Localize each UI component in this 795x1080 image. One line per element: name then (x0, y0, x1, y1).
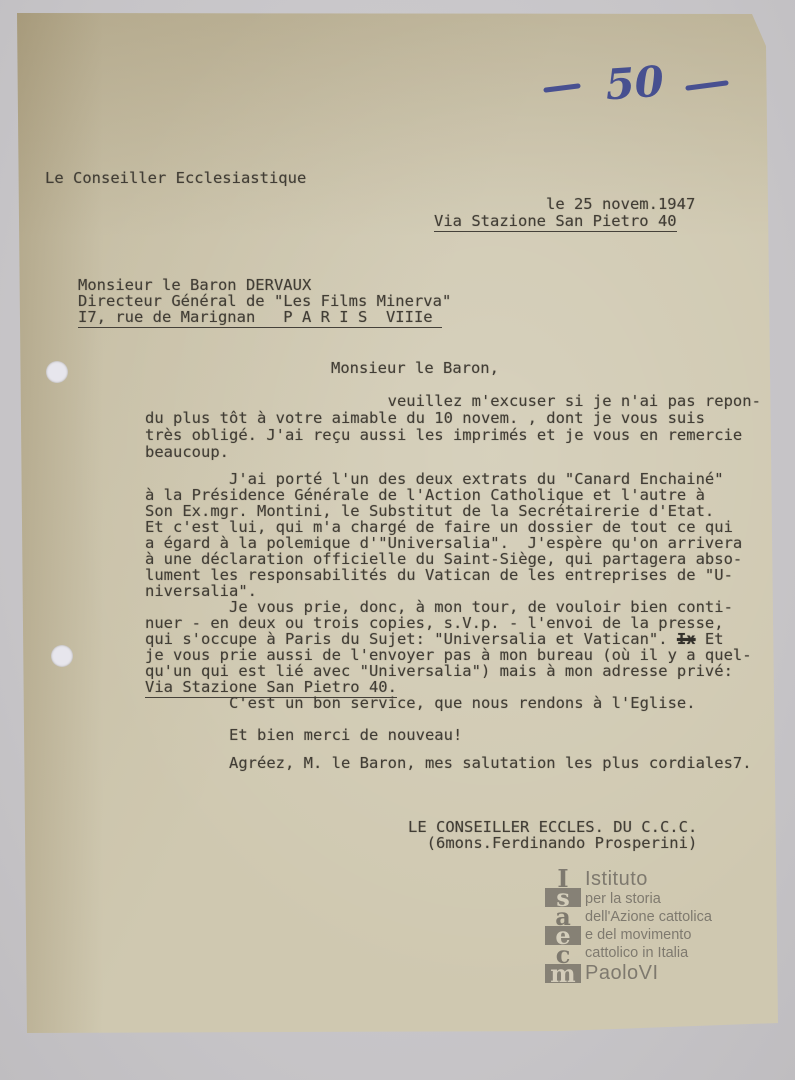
recipient-address-block: Monsieur le Baron DERVAUXDirecteur Génér… (78, 277, 451, 325)
date-address-block: le 25 novem.1947Via Stazione San Pietro … (434, 196, 695, 230)
handwritten-page-number: 50 (538, 52, 738, 116)
typewritten-line: niversalia". (145, 583, 742, 599)
typewritten-line: Via Stazione San Pietro 40. (145, 679, 752, 695)
typewritten-line: J'ai porté l'un des deux extrats du "Can… (145, 471, 742, 487)
stamp-line-istituto: Istituto (585, 869, 763, 889)
logo-letter-m: m (545, 964, 581, 983)
typewritten-line: je vous prie aussi de l'envoyer pas à mo… (145, 647, 752, 663)
closing-line: Agréez, M. le Baron, mes salutation les … (229, 755, 752, 772)
stamp-line-5: cattolico in Italia (585, 945, 763, 961)
stamp-line-2: per la storia (585, 891, 763, 907)
typewritten-line: (6mons.Ferdinando Prosperini) (408, 835, 697, 851)
paragraph-2: J'ai porté l'un des deux extrats du "Can… (145, 471, 742, 599)
typewritten-line: lument les responsabilités du Vatican de… (145, 567, 742, 583)
right-dash (688, 83, 726, 88)
stamp-line-paolovi: PaoloVI (585, 963, 763, 983)
punch-hole-top (46, 361, 68, 383)
scanned-letter-photo: { "annotation": { "number": "50" }, "let… (0, 0, 795, 1080)
archive-stamp: I s a e c m Istituto per la storia dell'… (545, 869, 763, 983)
stamp-line-4: e del movimento (585, 927, 763, 943)
typewritten-line: Directeur Général de "Les Films Minerva" (78, 293, 451, 309)
left-dash (546, 86, 578, 90)
page-number-text: 50 (604, 57, 666, 110)
typewritten-line: très obligé. J'ai reçu aussi les imprimé… (145, 427, 761, 444)
typewritten-line: du plus tôt à votre aimable du 10 novem.… (145, 410, 761, 427)
paragraph-3: Je vous prie, donc, à mon tour, de voulo… (145, 599, 752, 711)
typewritten-line: LE CONSEILLER ECCLES. DU C.C.C. (408, 819, 697, 835)
thanks-line: Et bien merci de nouveau! (229, 727, 462, 744)
typewritten-line: Via Stazione San Pietro 40 (434, 213, 695, 230)
paragraph-1: veuillez m'excuser si je n'ai pas repon-… (145, 393, 761, 461)
typewritten-line: qui s'occupe à Paris du Sujet: "Universa… (145, 631, 752, 647)
typewritten-line: C'est un bon service, que nous rendons à… (145, 695, 752, 711)
isacem-logo: I s a e c m (545, 869, 581, 983)
sender-title: Le Conseiller Ecclesiastique (45, 170, 306, 187)
typewritten-line: a égard à la polemique d'"Universalia". … (145, 535, 742, 551)
salutation: Monsieur le Baron, (331, 360, 499, 377)
typewritten-line: Et c'est lui, qui m'a chargé de faire un… (145, 519, 742, 535)
typewritten-line: Monsieur le Baron DERVAUX (78, 277, 451, 293)
typewritten-line: Son Ex.mgr. Montini, le Substitut de la … (145, 503, 742, 519)
typewritten-line: qu'un qui est lié avec "Universalia") ma… (145, 663, 752, 679)
punch-hole-bottom (51, 645, 73, 667)
typewritten-line: I7, rue de Marignan P A R I S VIIIe (78, 309, 451, 325)
typewritten-line: veuillez m'excuser si je n'ai pas repon- (145, 393, 761, 410)
typewritten-line: nuer - en deux ou trois copies, s.V.p. -… (145, 615, 752, 631)
typewritten-line: à une déclaration officielle du Saint-Si… (145, 551, 742, 567)
letter-paper: 50 Le Conseiller Ecclesiastique le 25 no… (0, 0, 795, 1080)
stamp-line-3: dell'Azione cattolica (585, 909, 763, 925)
typewritten-line: à la Présidence Générale de l'Action Cat… (145, 487, 742, 503)
signature-block: LE CONSEILLER ECCLES. DU C.C.C. (6mons.F… (408, 819, 697, 851)
typewritten-line: le 25 novem.1947 (434, 196, 695, 213)
typewritten-line: Je vous prie, donc, à mon tour, de voulo… (145, 599, 752, 615)
typewritten-line: beaucoup. (145, 444, 761, 461)
